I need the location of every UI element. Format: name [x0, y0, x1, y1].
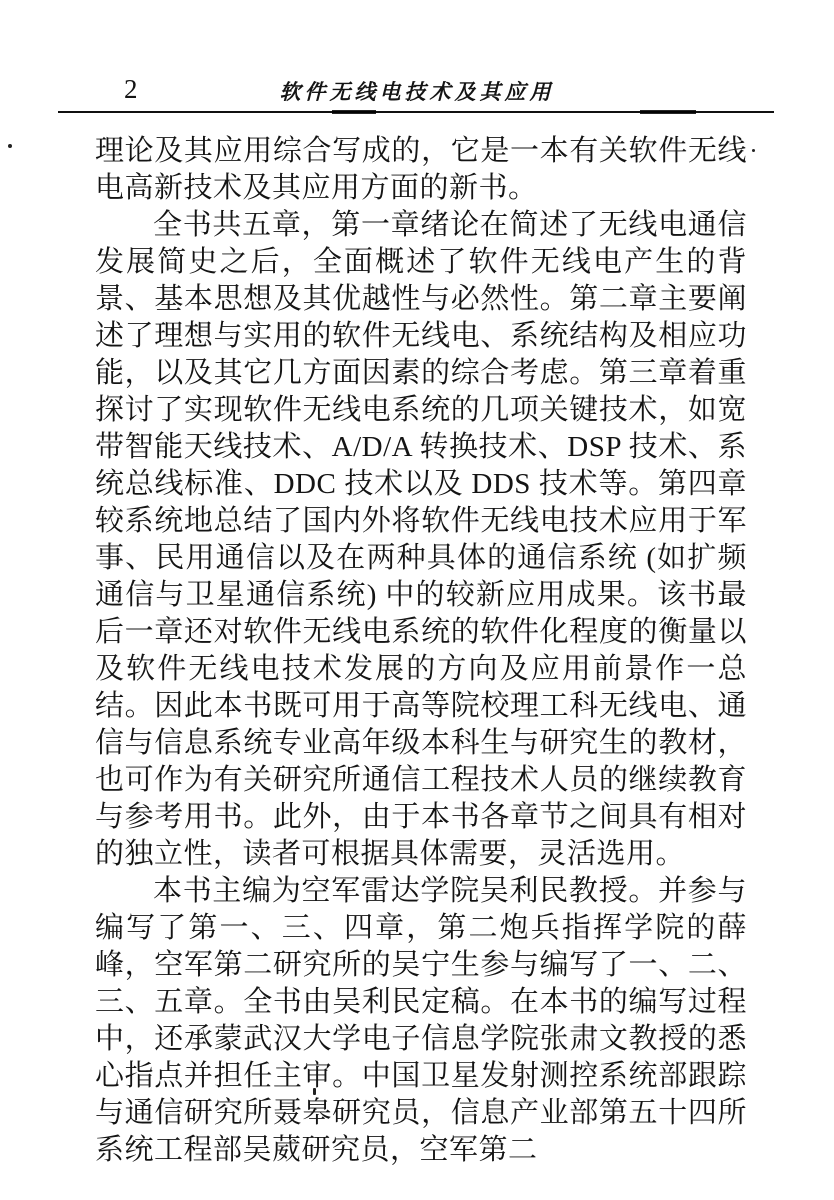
running-title: 软件无线电技术及其应用	[0, 80, 834, 104]
scan-speck	[752, 149, 755, 152]
scan-ink-blotch	[332, 110, 376, 114]
page-body: 理论及其应用综合写成的，它是一本有关软件无线电高新技术及其应用方面的新书。 全书…	[95, 133, 747, 1169]
scan-speck	[8, 144, 12, 148]
paragraph-authors: 本书主编为空军雷达学院吴利民教授。并参与编写了第一、三、四章，第二炮兵指挥学院的…	[95, 873, 747, 1169]
paragraph-continuation: 理论及其应用综合写成的，它是一本有关软件无线电高新技术及其应用方面的新书。	[95, 133, 747, 207]
scan-ink-blotch	[640, 110, 696, 114]
book-page: 2 软件无线电技术及其应用 理论及其应用综合写成的，它是一本有关软件无线电高新技…	[0, 0, 834, 1200]
paragraph-chapter-overview: 全书共五章，第一章绪论在简述了无线电通信发展简史之后，全面概述了软件无线电产生的…	[95, 207, 747, 873]
scan-speck	[313, 1088, 316, 1095]
